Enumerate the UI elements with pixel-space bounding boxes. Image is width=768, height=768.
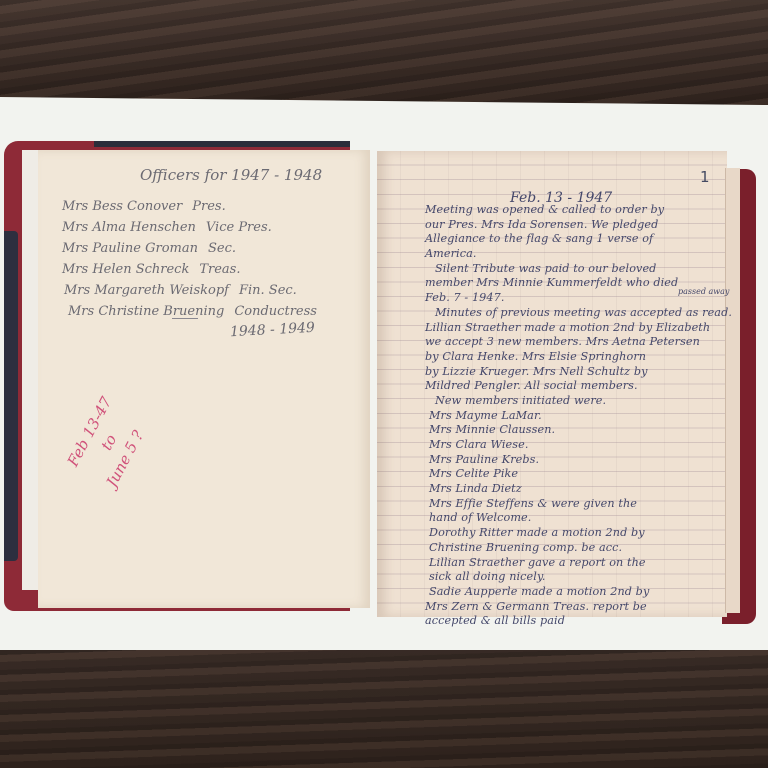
officer-row: Mrs Pauline GromanSec. <box>62 238 317 259</box>
officer-row: Mrs Helen SchreckTreas. <box>62 259 317 280</box>
officer-title: Fin. Sec. <box>239 283 297 298</box>
wood-table-background-top <box>0 0 768 105</box>
minutes-line: Lillian Straether gave a report on the <box>425 556 725 571</box>
officer-title: Pres. <box>192 199 225 214</box>
minutes-line: Lillian Straether made a motion 2nd by E… <box>425 321 725 336</box>
cover-binding-band-left <box>4 231 18 561</box>
minutes-line: by Lizzie Krueger. Mrs Nell Schultz by <box>425 365 725 380</box>
officer-title: Treas. <box>199 262 240 277</box>
officer-row: Mrs Bess ConoverPres. <box>62 196 317 217</box>
minutes-line: Mrs Zern & Germann Treas. report be <box>425 600 725 615</box>
officer-name: Mrs Alma Henschen <box>62 220 196 235</box>
wood-table-background-bottom <box>0 650 768 768</box>
minutes-line: New members initiated were. <box>425 394 725 409</box>
minutes-line: Mrs Celite Pike <box>425 467 725 482</box>
minutes-line: by Clara Henke. Mrs Elsie Springhorn <box>425 350 725 365</box>
minutes-line: our Pres. Mrs Ida Sorensen. We pledged <box>425 218 725 233</box>
officer-name: Mrs Christine Bruening <box>68 304 224 319</box>
minutes-line: Dorothy Ritter made a motion 2nd by <box>425 526 725 541</box>
officer-name: Mrs Bess Conover <box>62 199 182 214</box>
minutes-line: Sadie Aupperle made a motion 2nd by <box>425 585 725 600</box>
officer-row: Mrs Alma HenschenVice Pres. <box>62 217 317 238</box>
officer-title: Vice Pres. <box>206 220 272 235</box>
minutes-line: accepted & all bills paid <box>425 614 725 629</box>
minutes-line: Mildred Pengler. All social members. <box>425 379 725 394</box>
page-number: 1 <box>700 168 710 186</box>
minutes-line: Mrs Pauline Krebs. <box>425 453 725 468</box>
minutes-line: Meeting was opened & called to order by <box>425 203 725 218</box>
minutes-line: Silent Tribute was paid to our beloved <box>425 262 725 277</box>
minutes-line: Mrs Linda Dietz <box>425 482 725 497</box>
page-edges <box>725 168 740 613</box>
officer-name: Mrs Helen Schreck <box>62 262 189 277</box>
minutes-line: hand of Welcome. <box>425 511 725 526</box>
minutes-line: member Mrs Minnie Kummerfeldt who died <box>425 276 725 291</box>
minutes-line: Feb. 7 - 1947. <box>425 291 725 306</box>
minutes-line: Mrs Effie Steffens & were given the <box>425 497 725 512</box>
officer-title: Sec. <box>208 241 236 256</box>
meeting-minutes: Meeting was opened & called to order by … <box>425 203 725 629</box>
pencil-dash <box>172 318 198 319</box>
officer-title: Conductress <box>234 304 317 319</box>
officer-row: Mrs Margareth WeiskopfFin. Sec. <box>62 280 317 301</box>
minutes-line: Mrs Clara Wiese. <box>425 438 725 453</box>
minutes-line: Mrs Mayme LaMar. <box>425 409 725 424</box>
minutes-line: sick all doing nicely. <box>425 570 725 585</box>
minutes-line: Allegiance to the flag & sang 1 verse of <box>425 232 725 247</box>
officers-heading: Officers for 1947 - 1948 <box>140 166 322 184</box>
minutes-line: Minutes of previous meeting was accepted… <box>425 306 725 321</box>
officer-name: Mrs Margareth Weiskopf <box>64 283 229 298</box>
minutes-line: we accept 3 new members. Mrs Aetna Peter… <box>425 335 725 350</box>
cover-binding-band-top <box>94 141 350 147</box>
minutes-line: Christine Bruening comp. be acc. <box>425 541 725 556</box>
officer-name: Mrs Pauline Groman <box>62 241 198 256</box>
minutes-line: Mrs Minnie Claussen. <box>425 423 725 438</box>
minutes-line: America. <box>425 247 725 262</box>
officers-list: Mrs Bess ConoverPres. Mrs Alma HenschenV… <box>62 196 317 322</box>
